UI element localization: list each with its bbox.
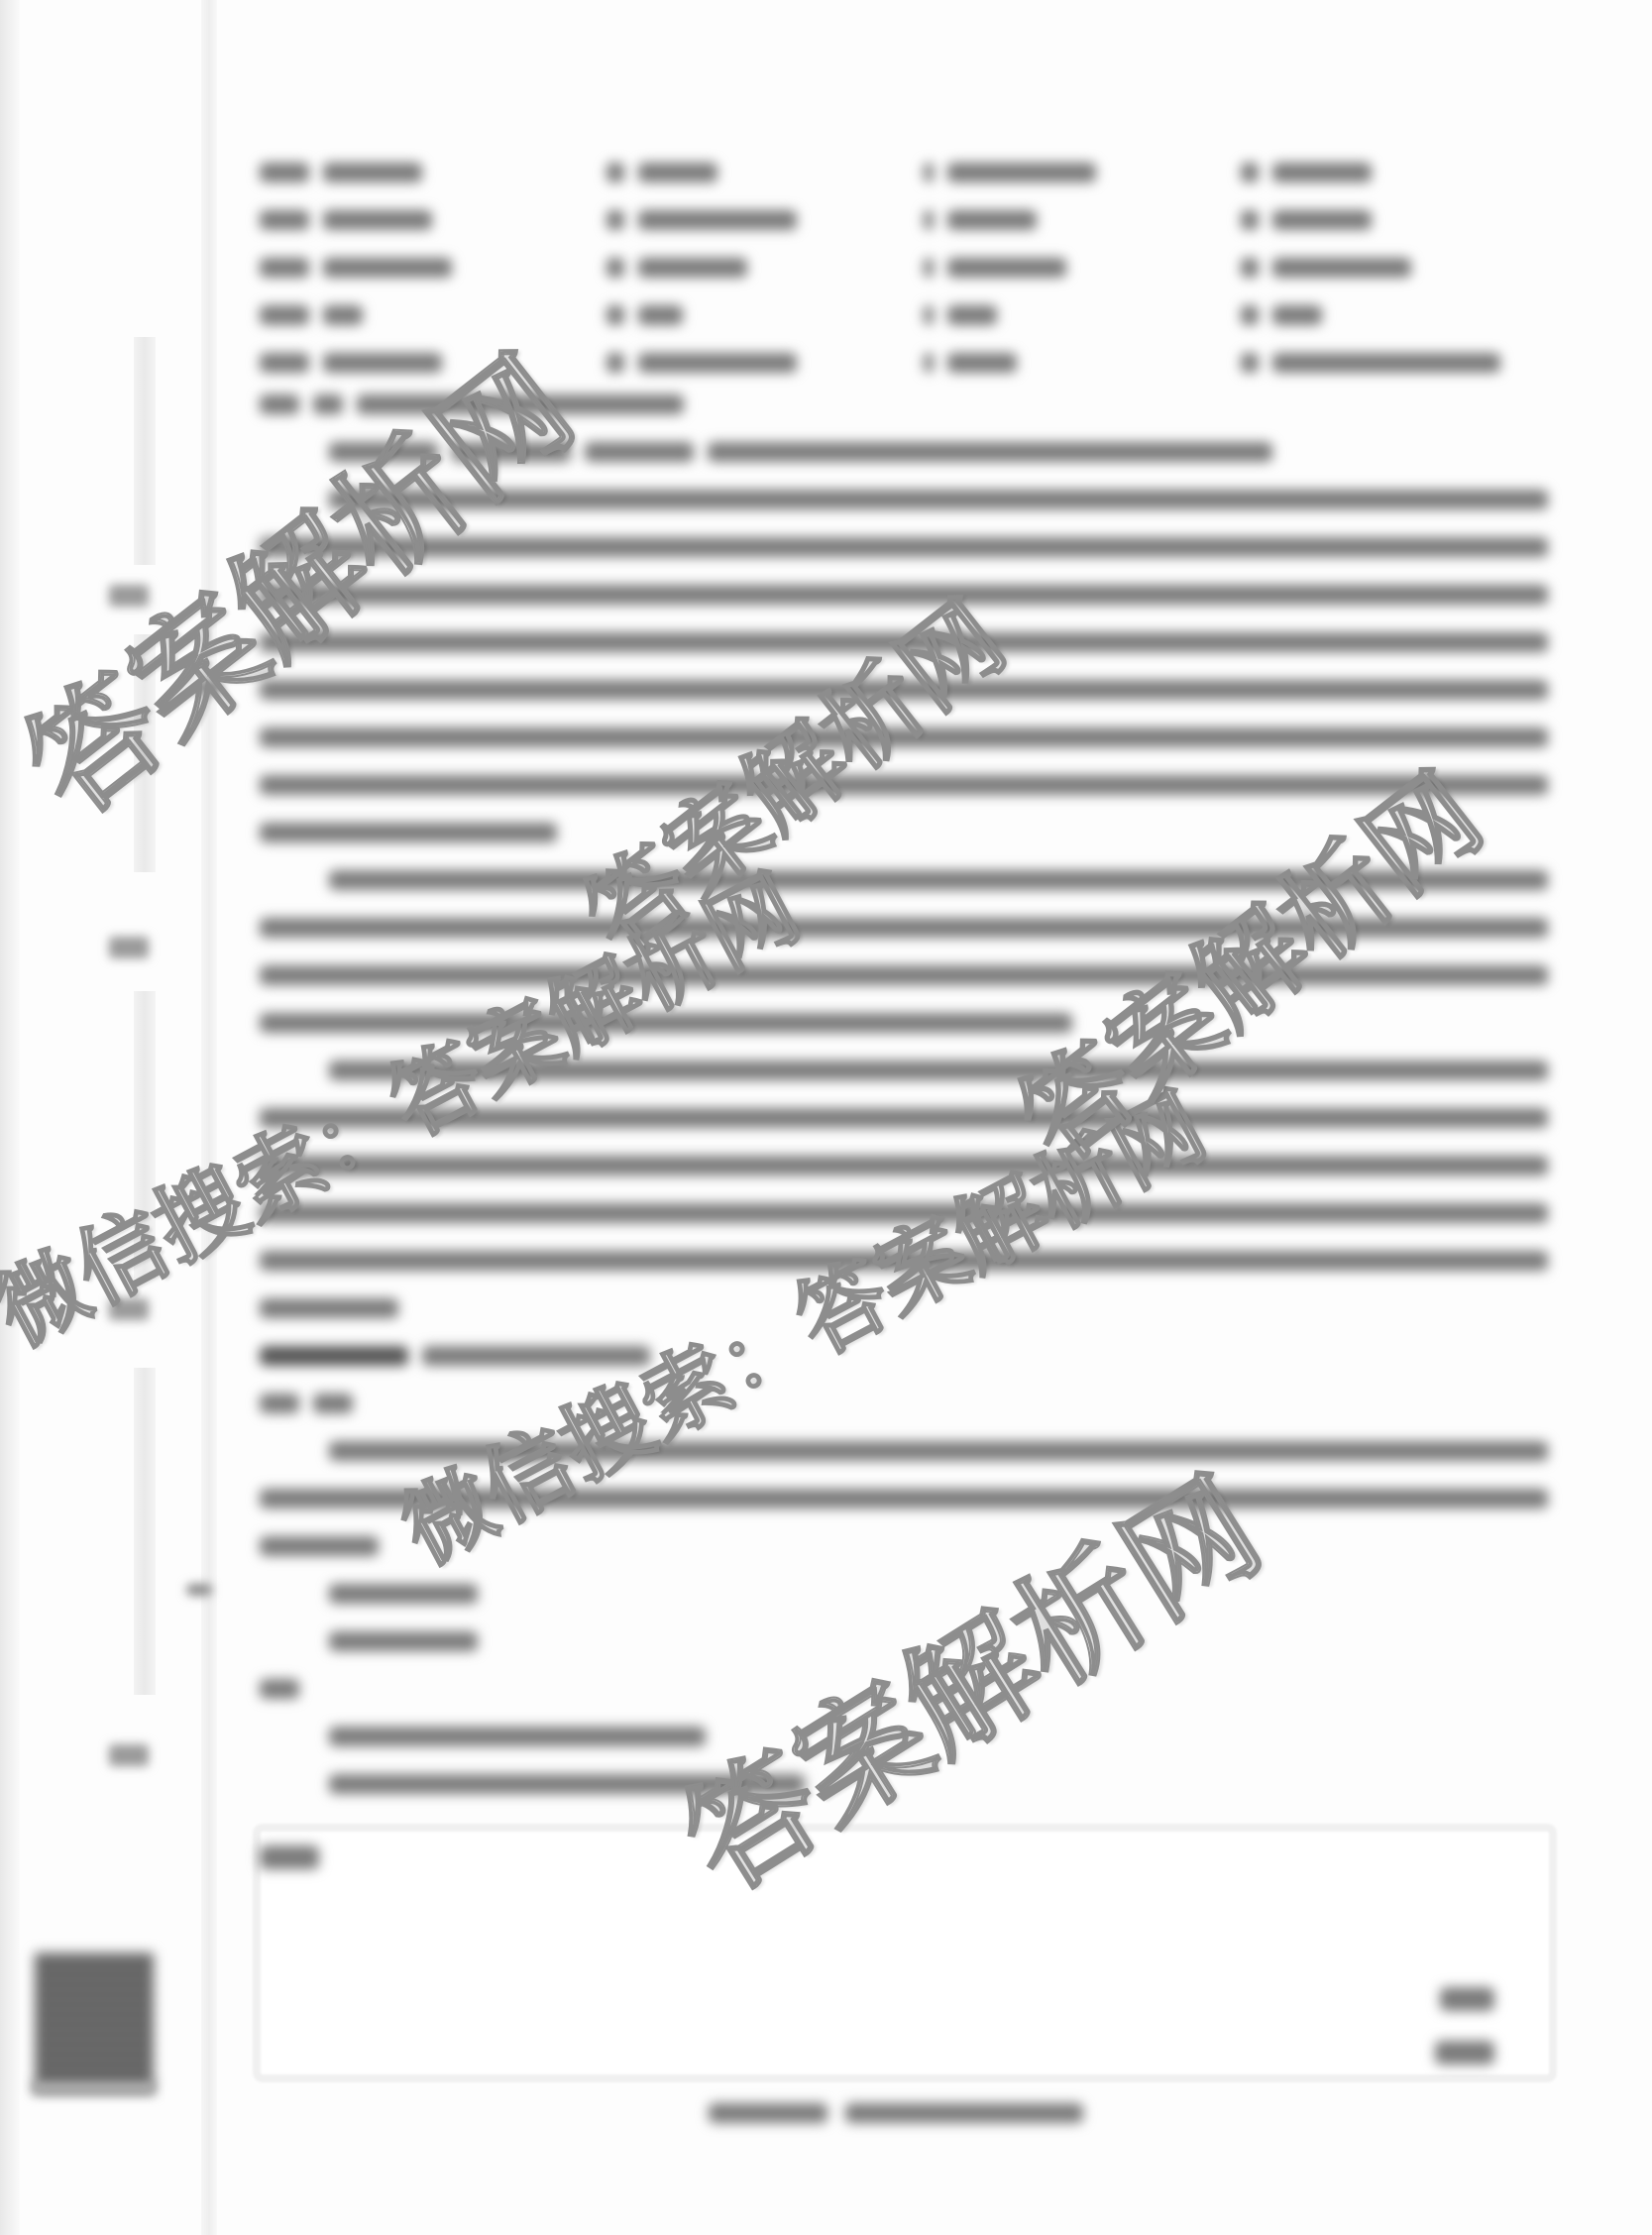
binding-field-label: [109, 937, 149, 958]
option-item: [1241, 349, 1548, 377]
binding-mark: [186, 1584, 212, 1596]
option-item: [260, 159, 606, 186]
option-item: [1241, 206, 1548, 234]
option-item: [260, 206, 606, 234]
option-item: [924, 301, 1241, 329]
qr-code-caption: [32, 2081, 156, 2095]
option-item: [606, 301, 924, 329]
binding-gutter: [201, 0, 217, 2235]
option-item: [606, 206, 924, 234]
option-item: [924, 206, 1241, 234]
qr-code: [35, 1953, 154, 2091]
letter-closing: [1440, 1987, 1494, 2011]
option-item: [260, 301, 606, 329]
option-item: [1241, 301, 1548, 329]
question-label: [260, 1390, 1548, 1417]
page-edge-shadow: [0, 0, 20, 2235]
option-item: [260, 254, 606, 281]
exam-page: 答案解析网 答案解析网 微信搜索：答案解析网 微信搜索：答案解析网 答案解析网 …: [0, 0, 1652, 2235]
option-item: [606, 349, 924, 377]
page-footer: [709, 2103, 1083, 2123]
binding-line-segment: [134, 1368, 156, 1695]
option-item: [606, 254, 924, 281]
option-item: [1241, 159, 1548, 186]
answer-writing-box[interactable]: [253, 1824, 1557, 2082]
option-item: [924, 254, 1241, 281]
option-item: [606, 159, 924, 186]
binding-field-label: [109, 1744, 149, 1766]
option-item: [924, 349, 1241, 377]
option-item: [1241, 254, 1548, 281]
letter-signature: [1435, 2041, 1494, 2065]
letter-greeting: [260, 1845, 319, 1869]
letter-signoff: [1435, 1987, 1494, 2065]
option-item: [924, 159, 1241, 186]
section-heading: [260, 1342, 1548, 1370]
binding-line-segment: [134, 337, 156, 565]
